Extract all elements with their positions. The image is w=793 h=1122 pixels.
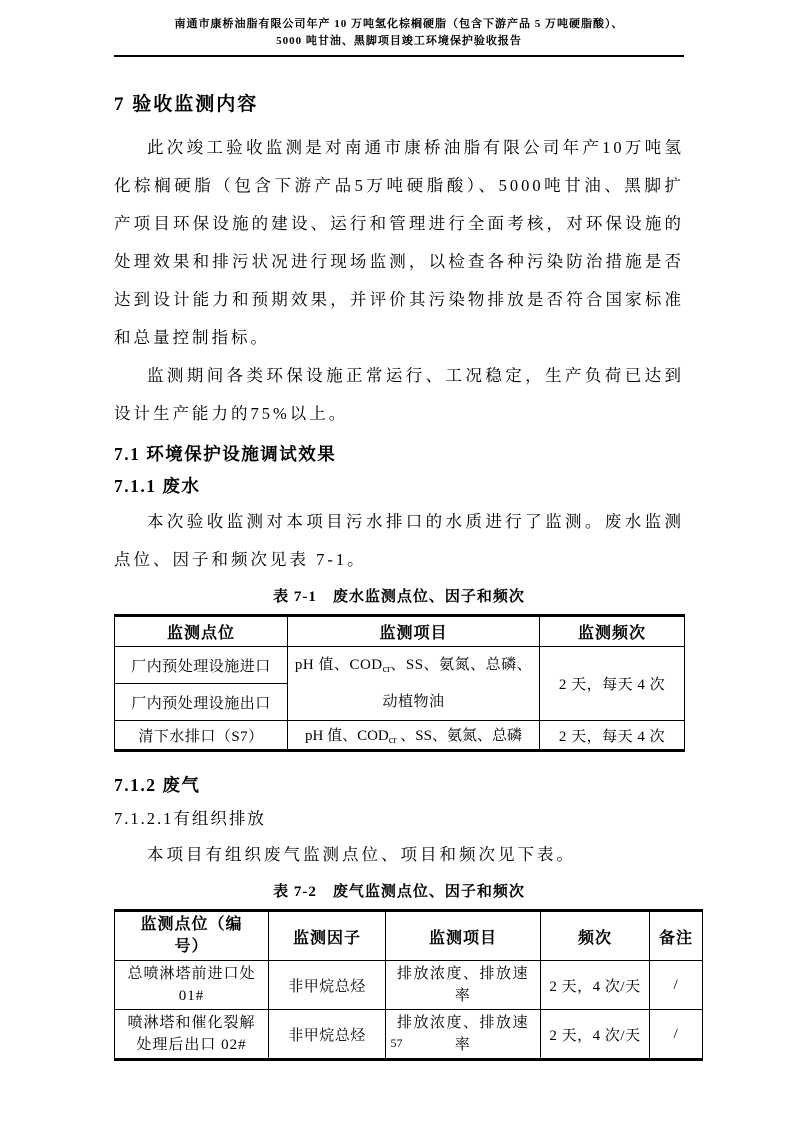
cod-subscript: cr [389, 735, 397, 746]
table2-header-frequency: 频次 [541, 911, 650, 961]
table2-cell-note: / [650, 961, 703, 1010]
items-text-pre: pH 值、COD [295, 657, 383, 673]
table1-cell-s7-point: 清下水排口（S7） [115, 721, 288, 751]
table2-cell-point: 总喷淋塔前进口处 01# [115, 961, 269, 1010]
table1-header-items: 监测项目 [288, 616, 540, 647]
paragraph-load: 监测期间各类环保设施正常运行、工况稳定，生产负荷已达到设计生产能力的75%以上。 [114, 357, 684, 433]
table2-cell-note: / [650, 1010, 703, 1060]
paragraph-overview: 此次竣工验收监测是对南通市康桥油脂有限公司年产10万吨氢化棕榈硬脂（包含下游产品… [114, 129, 684, 357]
table2-caption: 表 7-2 废气监测点位、因子和频次 [114, 882, 684, 902]
table1-header-point: 监测点位 [115, 616, 288, 647]
table2-header-note: 备注 [650, 911, 703, 961]
paragraph-waste-gas: 本项目有组织废气监测点位、项目和频次见下表。 [114, 836, 684, 874]
running-header-line1: 南通市康桥油脂有限公司年产 10 万吨氢化棕榈硬脂（包含下游产品 5 万吨硬脂酸… [114, 16, 684, 33]
spacer [114, 752, 684, 768]
section-heading-7-1: 7.1 环境保护设施调试效果 [114, 441, 684, 467]
section-heading-7-1-2-1: 7.1.2.1有组织排放 [114, 804, 684, 834]
table1-cell-inlet: 厂内预处理设施进口 [115, 647, 288, 684]
table2-cell-items: 排放浓度、排放速率 [386, 961, 541, 1010]
table2-cell-factor: 非甲烷总烃 [269, 1010, 386, 1060]
table1-cell-outlet: 厂内预处理设施出口 [115, 684, 288, 721]
table-row: 清下水排口（S7） pH 值、CODcr 、SS、氨氮、总磷 2 天，每天 4 … [115, 721, 685, 751]
table2-header-point: 监测点位（编号） [115, 911, 269, 961]
table2-header-items: 监测项目 [386, 911, 541, 961]
table-row: 总喷淋塔前进口处 01# 非甲烷总烃 排放浓度、排放速率 2 天，4 次/天 / [115, 961, 703, 1010]
page-number: 57 [0, 1036, 793, 1051]
table-row: 厂内预处理设施进口 pH 值、CODcr、SS、氨氮、总磷、动植物油 2 天，每… [115, 647, 685, 684]
table1-caption: 表 7-1 废水监测点位、因子和频次 [114, 587, 684, 607]
table-row: 监测点位（编号） 监测因子 监测项目 频次 备注 [115, 911, 703, 961]
section-heading-7: 7 验收监测内容 [114, 93, 684, 117]
table1-cell-items-merged: pH 值、CODcr、SS、氨氮、总磷、动植物油 [288, 647, 540, 721]
wastewater-monitoring-table: 监测点位 监测项目 监测频次 厂内预处理设施进口 pH 值、CODcr、SS、氨… [114, 614, 685, 752]
table2-cell-factor: 非甲烷总烃 [269, 961, 386, 1010]
section-heading-7-1-1: 7.1.1 废水 [114, 473, 684, 499]
items-text-post: 、SS、氨氮、总磷 [397, 728, 522, 744]
table-row: 监测点位 监测项目 监测频次 [115, 616, 685, 647]
table2-header-factor: 监测因子 [269, 911, 386, 961]
paragraph-wastewater: 本次验收监测对本项目污水排口的水质进行了监测。废水监测点位、因子和频次见表 7-… [114, 503, 684, 579]
table1-cell-frequency-merged: 2 天，每天 4 次 [540, 647, 685, 721]
document-page: 南通市康桥油脂有限公司年产 10 万吨氢化棕榈硬脂（包含下游产品 5 万吨硬脂酸… [0, 0, 793, 1122]
table2-cell-frequency: 2 天，4 次/天 [541, 961, 650, 1010]
items-text-pre: pH 值、COD [305, 728, 389, 744]
table2-cell-point: 喷淋塔和催化裂解处理后出口 02# [115, 1010, 269, 1060]
table-row: 喷淋塔和催化裂解处理后出口 02# 非甲烷总烃 排放浓度、排放速率 2 天，4 … [115, 1010, 703, 1060]
running-header-line2: 5000 吨甘油、黑脚项目竣工环境保护验收报告 [114, 33, 684, 50]
table1-cell-s7-items: pH 值、CODcr 、SS、氨氮、总磷 [288, 721, 540, 751]
items-text-post: 、SS、氨氮、总磷、动植物油 [382, 657, 532, 710]
table2-cell-items: 排放浓度、排放速率 [386, 1010, 541, 1060]
table1-header-frequency: 监测频次 [540, 616, 685, 647]
section-heading-7-1-2: 7.1.2 废气 [114, 772, 684, 798]
table2-cell-frequency: 2 天，4 次/天 [541, 1010, 650, 1060]
table1-cell-s7-frequency: 2 天，每天 4 次 [540, 721, 685, 751]
running-header: 南通市康桥油脂有限公司年产 10 万吨氢化棕榈硬脂（包含下游产品 5 万吨硬脂酸… [114, 16, 684, 57]
